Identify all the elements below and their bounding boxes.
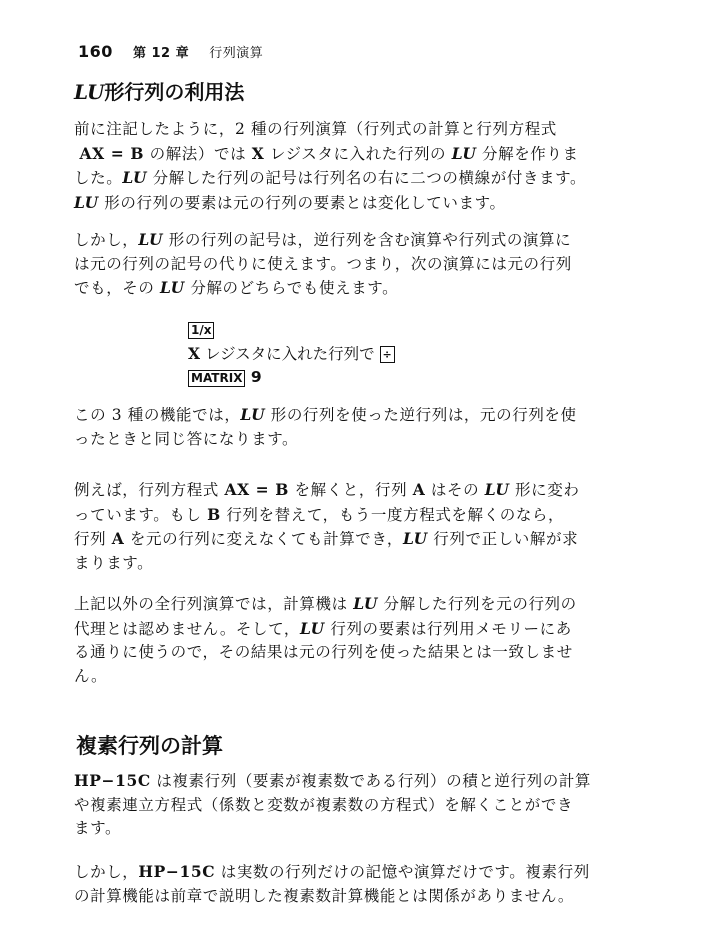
text: 代理とは認めません。そして， (74, 620, 300, 638)
lu-term: LU (452, 144, 477, 163)
text-line: LU 形の行列の要素は元の行列の要素とは変化しています。 (74, 191, 609, 216)
lu-term: LU (122, 168, 147, 187)
chapter-number: 第 12 章 (133, 46, 189, 61)
text-line: は元の行列の記号の代りに使えます。つまり，次の演算には元の行列 (74, 253, 609, 277)
text: 行列を替えて，もう一度方程式を解くのなら， (221, 506, 564, 524)
text: 行列で正しい解が求 (428, 530, 578, 548)
text-line: の計算機能は前章で説明した複素数計算機能とは関係がありません。 (74, 885, 609, 909)
text-line: 行列 A を元の行列に変えなくても計算でき，LU 行列で正しい解が求 (74, 527, 609, 552)
key-row-reciprocal: 1/x (188, 318, 395, 342)
text-line: 例えば，行列方程式 AX = B を解くと，行列 A はその LU 形に変わ (74, 478, 609, 503)
text: 形の行列の要素は元の行列の要素とは変化しています。 (99, 194, 506, 212)
text-line: まります。 (74, 552, 609, 576)
text: した。 (74, 169, 122, 187)
text-line: しかし，HP−15C は実数の行列だけの記憶や演算だけです。複素行列 (74, 860, 609, 885)
text-line: この 3 種の機能では，LU 形の行列を使った逆行列は，元の行列を使 (74, 403, 609, 428)
equation: AX = B (80, 144, 145, 163)
matrix-function-number: 9 (245, 368, 261, 386)
matrix-a: A (413, 480, 426, 499)
text: 形の行列を使った逆行列は，元の行列を使 (265, 406, 576, 424)
key-row-matrix: MATRIX 9 (188, 366, 395, 390)
text-line: AX = B の解法）では X レジスタに入れた行列の LU 分解を作りま (74, 142, 609, 167)
register-x: X (188, 344, 200, 363)
text: を元の行列に変えなくても計算でき， (124, 530, 403, 548)
key-row-divide: X レジスタに入れた行列で ÷ (188, 342, 395, 367)
chapter-title: 行列演算 (209, 46, 263, 61)
lu-term: LU (138, 230, 163, 249)
text: 形に変わ (510, 481, 580, 499)
lu-term: LU (485, 480, 510, 499)
model-name: HP−15C (74, 771, 151, 790)
model-name: HP−15C (138, 862, 215, 881)
text-line: ったときと同じ答になります。 (74, 428, 609, 452)
text: 前に注記したように，2 種の行列演算（行列式の計算と行列方程式 (74, 120, 557, 138)
text-line: ます。 (74, 817, 609, 841)
paragraph-lu-intro: 前に注記したように，2 種の行列演算（行列式の計算と行列方程式 AX = B の… (74, 118, 609, 215)
matrix-b: B (207, 505, 221, 524)
text: 分解のどちらでも使えます。 (185, 279, 398, 297)
text: ん。 (74, 667, 107, 685)
text-line: や複素連立方程式（係数と変数が複素数の方程式）を解くことができ (74, 794, 609, 818)
section-heading-complex-matrices: 複素行列の計算 (76, 730, 223, 760)
register-x: X (252, 144, 265, 163)
text-line: ん。 (74, 665, 609, 689)
text-line: HP−15C は複素行列（要素が複素数である行列）の積と逆行列の計算 (74, 769, 609, 794)
lu-term: LU (403, 529, 428, 548)
text: まります。 (74, 554, 153, 572)
lu-term: LU (160, 278, 185, 297)
text: や複素連立方程式（係数と変数が複素数の方程式）を解くことができ (74, 796, 573, 814)
text-line: っています。もし B 行列を替えて，もう一度方程式を解くのなら， (74, 503, 609, 528)
equation: AX = B (224, 480, 289, 499)
manual-page: 160 第 12 章 行列演算 LU形行列の利用法 前に注記したように，2 種の… (0, 0, 708, 935)
text-line: 代理とは認めません。そして，LU 行列の要素は行列用メモリーにあ (74, 617, 609, 642)
section-heading-lu: LU形行列の利用法 (74, 76, 244, 105)
text: は実数の行列だけの記憶や演算だけです。複素行列 (215, 863, 590, 881)
text-line: しかし，LU 形の行列の記号は，逆行列を含む演算や行列式の演算に (74, 228, 609, 253)
text: レジスタに入れた行列で (200, 345, 380, 363)
paragraph-other-operations: 上記以外の全行列演算では，計算機は LU 分解した行列を元の行列の 代理とは認め… (74, 592, 609, 688)
paragraph-example: 例えば，行列方程式 AX = B を解くと，行列 A はその LU 形に変わ っ… (74, 478, 609, 575)
text: 行列の要素は行列用メモリーにあ (325, 620, 572, 638)
text: でも，その (74, 279, 160, 297)
lu-term: LU (240, 405, 265, 424)
text: はその (425, 481, 484, 499)
matrix-key-icon: MATRIX (188, 370, 245, 387)
heading-text: 形行列の利用法 (104, 80, 244, 104)
text: の解法）では (144, 145, 252, 163)
paragraph-complex-note: しかし，HP−15C は実数の行列だけの記憶や演算だけです。複素行列 の計算機能… (74, 860, 609, 908)
text: の計算機能は前章で説明した複素数計算機能とは関係がありません。 (74, 887, 574, 905)
text: ったときと同じ答になります。 (74, 430, 298, 448)
divide-key-icon: ÷ (380, 346, 395, 363)
heading-lu-term: LU (74, 80, 104, 104)
text: る通りに使うので，その結果は元の行列を使った結果とは一致しませ (74, 643, 573, 661)
paragraph-three-functions: この 3 種の機能では，LU 形の行列を使った逆行列は，元の行列を使 ったときと… (74, 403, 609, 451)
paragraph-complex-intro: HP−15C は複素行列（要素が複素数である行列）の積と逆行列の計算 や複素連立… (74, 769, 609, 841)
text: 行列 (74, 530, 112, 548)
text: しかし， (74, 231, 138, 249)
text: っています。もし (74, 506, 207, 524)
text: レジスタに入れた行列の (264, 145, 451, 163)
running-header: 160 第 12 章 行列演算 (78, 42, 263, 61)
text: は複素行列（要素が複素数である行列）の積と逆行列の計算 (151, 772, 591, 790)
lu-term: LU (74, 193, 99, 212)
text: この 3 種の機能では， (74, 406, 240, 424)
text: 分解した行列を元の行列の (378, 595, 577, 613)
text: 分解を作りま (476, 145, 578, 163)
text: ます。 (74, 819, 121, 837)
text: 例えば，行列方程式 (74, 481, 224, 499)
text: は元の行列の記号の代りに使えます。つまり，次の演算には元の行列 (74, 255, 572, 273)
text: 分解した行列の記号は行列名の右に二つの横線が付きます。 (147, 169, 586, 187)
text: 上記以外の全行列演算では，計算機は (74, 595, 353, 613)
key-sequence-list: 1/x X レジスタに入れた行列で ÷ MATRIX 9 (188, 318, 395, 390)
paragraph-lu-usage: しかし，LU 形の行列の記号は，逆行列を含む演算や行列式の演算に は元の行列の記… (74, 228, 609, 301)
matrix-a: A (112, 529, 125, 548)
lu-term: LU (300, 619, 325, 638)
text: を解くと，行列 (289, 481, 413, 499)
text-line: した。LU 分解した行列の記号は行列名の右に二つの横線が付きます。 (74, 166, 609, 191)
reciprocal-key-icon: 1/x (188, 322, 214, 339)
text-line: る通りに使うので，その結果は元の行列を使った結果とは一致しませ (74, 641, 609, 665)
text-line: 前に注記したように，2 種の行列演算（行列式の計算と行列方程式 (74, 118, 609, 142)
text-line: でも，その LU 分解のどちらでも使えます。 (74, 276, 609, 301)
page-number: 160 (78, 42, 113, 61)
text: 形の行列の記号は，逆行列を含む演算や行列式の演算に (163, 231, 571, 249)
lu-term: LU (353, 594, 378, 613)
text: しかし， (74, 863, 138, 881)
text-line: 上記以外の全行列演算では，計算機は LU 分解した行列を元の行列の (74, 592, 609, 617)
